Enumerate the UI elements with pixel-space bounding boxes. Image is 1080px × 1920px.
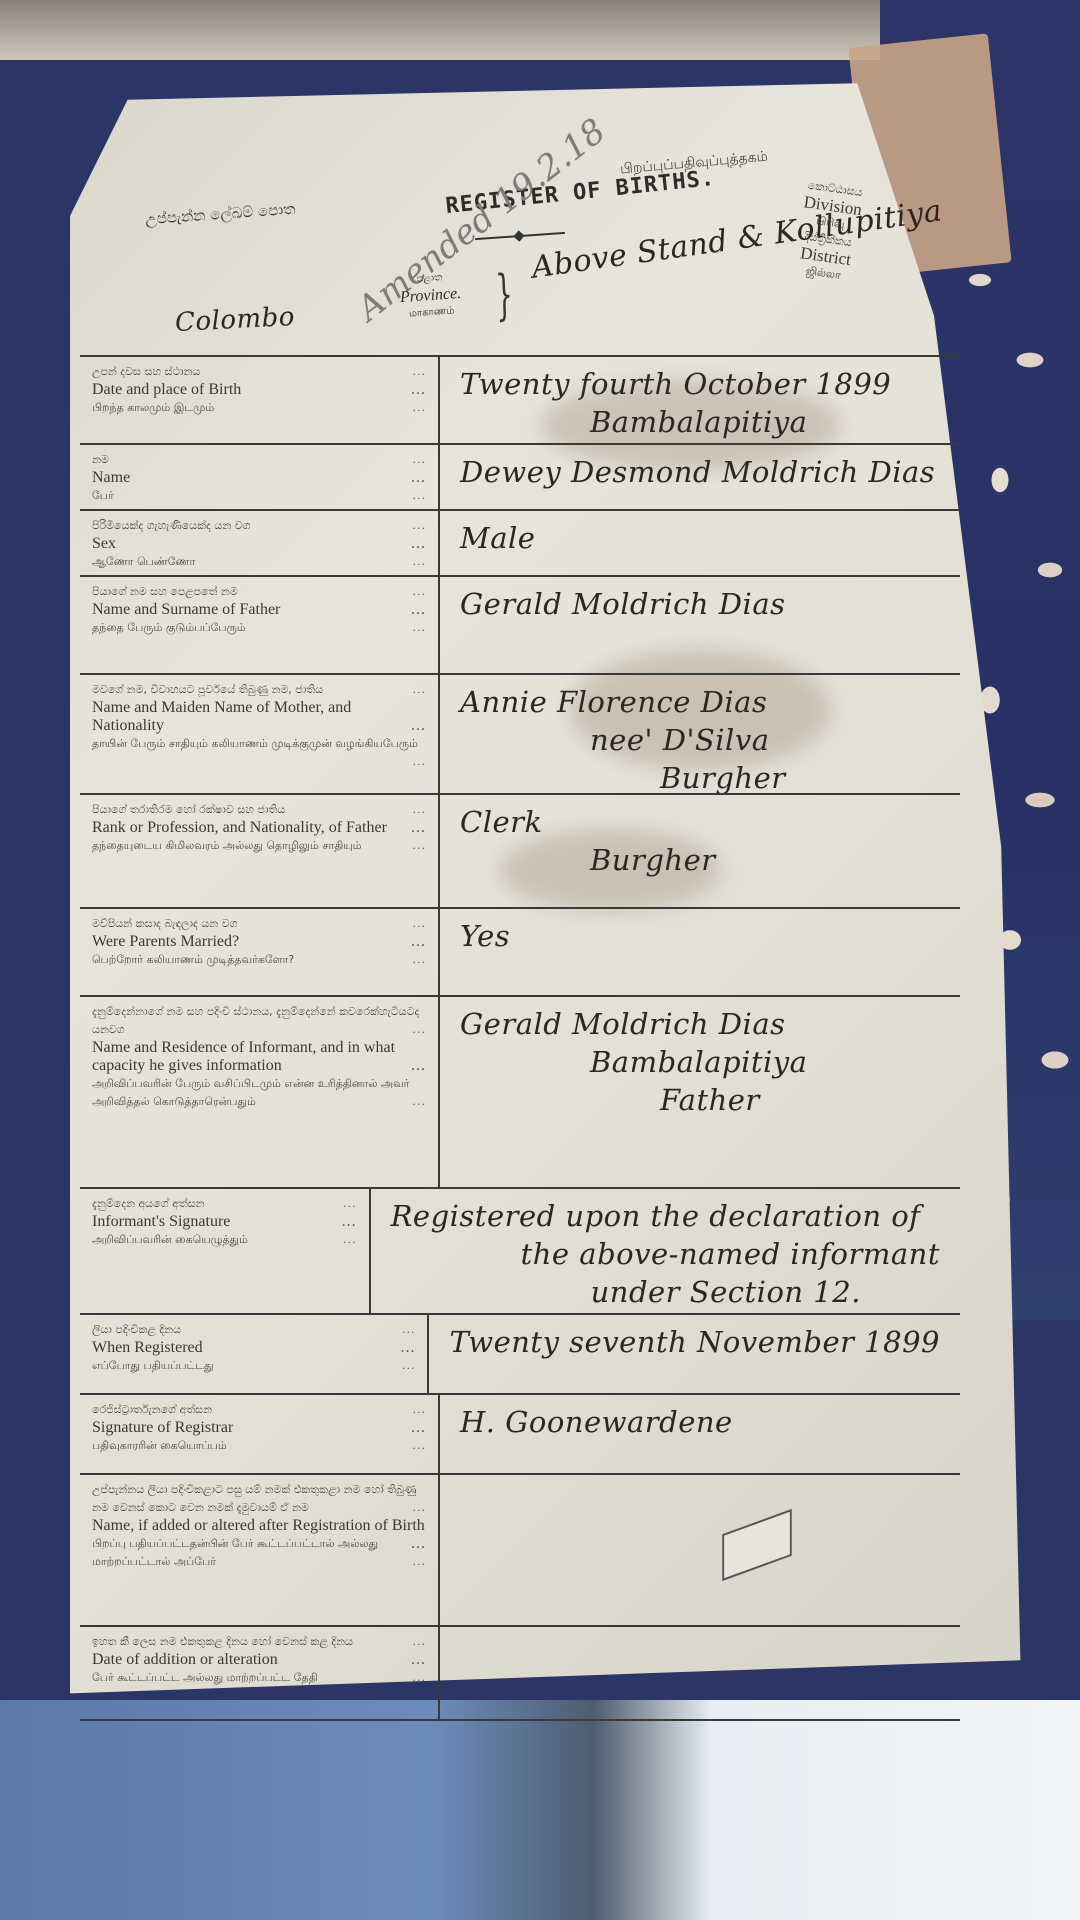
field-label-en: Signature of Registrar...: [92, 1419, 426, 1437]
field-label: පිරිමියෙක්ද ගැහැණියෙක්ද යන වග...Sex...ஆண…: [80, 511, 440, 575]
register-row: උපන් දවස සහ ස්ථානය...Date and place of B…: [80, 355, 960, 443]
register-row: ඉහත කී ලෙස නම එකතුකළ දිනය හෝ වෙනස් කළ දි…: [80, 1625, 960, 1721]
province-value: Above Stand & Kollupitiya: [529, 191, 944, 288]
field-label-en: Date of addition or alteration...: [92, 1651, 426, 1669]
register-row: මවගේ නම, විවාහයට පූර්වයේ තිබුණු නම, ජාති…: [80, 673, 960, 793]
field-label-ta: பிறப்பு பதியப்பட்டதன்பின் பேர் கூட்டப்பட…: [92, 1535, 426, 1571]
register-row: රෙජිස්ට්‍රාර්තැනගේ අත්සන...Signature of …: [80, 1393, 960, 1473]
field-label-ta: அறிவிப்பவரின் பேரும் வசிப்பிடமும் என்ன உ…: [92, 1075, 426, 1111]
background-fabric: [0, 1700, 1080, 1920]
field-label: දැනුම්දෙන අයගේ අත්සන...Informant's Signa…: [80, 1189, 371, 1313]
field-label-en: Sex...: [92, 535, 426, 553]
field-value: Annie Florence Diasnee' D'SilvaBurgher: [440, 675, 960, 793]
register-header: උප්පැන්න ලේඛම් පොත REGISTER OF BIRTHS. ப…: [60, 150, 990, 360]
field-label: උපන් දවස සහ ස්ථානය...Date and place of B…: [80, 357, 440, 443]
field-label-ta: பிறந்த காலமும் இடமும்...: [92, 399, 426, 417]
field-label: නම...Name...பேர்...: [80, 445, 440, 509]
field-label-si: පියාගේ තරාතිරම හෝ රක්ෂාව සහ ජාතිය...: [92, 801, 426, 819]
register-row: දැනුම්දෙන්නාගේ නම සහ පදිංචි ස්ථානය, දැනු…: [80, 995, 960, 1187]
field-label: ලියා පදිංචිකළ දිනය...When Registered...எ…: [80, 1315, 429, 1393]
birth-register-document: උප්පැන්න ලේඛම් පොත REGISTER OF BIRTHS. ப…: [60, 150, 990, 1710]
field-label-ta: பேர்...: [92, 487, 426, 505]
register-row: ලියා පදිංචිකළ දිනය...When Registered...எ…: [80, 1313, 960, 1393]
field-label: දැනුම්දෙන්නාගේ නම සහ පදිංචි ස්ථානය, දැනු…: [80, 997, 440, 1187]
field-value: Registered upon the declaration ofthe ab…: [371, 1189, 960, 1313]
field-label-ta: ஆணோ பெண்ணோ...: [92, 553, 426, 571]
register-row: දැනුම්දෙන අයගේ අත්සන...Informant's Signa…: [80, 1187, 960, 1313]
register-row: උප්පැන්නය ලියා පදිංචිකළාට පසු යම් නමක් එ…: [80, 1473, 960, 1625]
field-label-ta: அறிவிப்பவரின் கையெழுத்தும்...: [92, 1231, 357, 1249]
field-label-si: දැනුම්දෙන අයගේ අත්සන...: [92, 1195, 357, 1213]
register-row: නම...Name...பேர்...Dewey Desmond Moldric…: [80, 443, 960, 509]
field-label-en: Name, if added or altered after Registra…: [92, 1517, 426, 1535]
field-label-ta: தாயின் பேரும் சாதியும் கலியாணம் முடிக்கு…: [92, 735, 426, 753]
field-value: Male: [440, 511, 960, 575]
field-value: [440, 1627, 960, 1719]
background-top-paper: [0, 0, 880, 60]
field-label: මවගේ නම, විවාහයට පූර්වයේ තිබුණු නම, ජාති…: [80, 675, 440, 793]
register-row: පිරිමියෙක්ද ගැහැණියෙක්ද යන වග...Sex...ஆண…: [80, 509, 960, 575]
field-label-ta: பெற்றோர் கலியாணம் முடித்தவர்களோ?...: [92, 951, 426, 969]
field-label: රෙජිස්ට්‍රාර්තැනගේ අත්සන...Signature of …: [80, 1395, 440, 1473]
field-value: Gerald Moldrich DiasBambalapitiyaFather: [440, 997, 960, 1187]
field-label: ඉහත කී ලෙස නම එකතුකළ දිනය හෝ වෙනස් කළ දි…: [80, 1627, 440, 1719]
register-row: පියාගේ තරාතිරම හෝ රක්ෂාව සහ ජාතිය...Rank…: [80, 793, 960, 907]
field-value: Yes: [440, 909, 960, 995]
field-label-si: ලියා පදිංචිකළ දිනය...: [92, 1321, 415, 1339]
field-label-en: Were Parents Married?...: [92, 933, 426, 951]
register-row: පියාගේ නම සහ පෙළපතේ නම...Name and Surnam…: [80, 575, 960, 673]
field-value: Twenty seventh November 1899: [429, 1315, 960, 1393]
register-table: උපන් දවස සහ ස්ථානය...Date and place of B…: [80, 355, 960, 1721]
field-label-en: Rank or Profession, and Nationality, of …: [92, 819, 426, 837]
field-label-en: Name and Surname of Father...: [92, 601, 426, 619]
field-value: H. Goonewardene: [440, 1395, 960, 1473]
field-label-en: When Registered...: [92, 1339, 415, 1357]
field-value: Dewey Desmond Moldrich Dias: [440, 445, 960, 509]
field-value: ClerkBurgher: [440, 795, 960, 907]
field-label: පියාගේ තරාතිරම හෝ රක්ෂාව සහ ජාතිය...Rank…: [80, 795, 440, 907]
field-label-si: දැනුම්දෙන්නාගේ නම සහ පදිංචි ස්ථානය, දැනු…: [92, 1003, 426, 1039]
field-value: Twenty fourth October 1899Bambalapitiya: [440, 357, 960, 443]
register-row: මව්පියන් කසාද බැඳලාද යන වග...Were Parent…: [80, 907, 960, 995]
field-label-ta: தந்தையுடைய கிமிலவரம் அல்லது தொழிலும் சாத…: [92, 837, 426, 855]
district-labels: කොට්ඨාසය Division பிரிவு දිස්ත්‍රික්කය D…: [793, 176, 865, 285]
brace-glyph: }: [495, 267, 514, 323]
field-label-en: Name...: [92, 469, 426, 487]
field-label-si: රෙජිස්ට්‍රාර්තැනගේ අත්සන...: [92, 1401, 426, 1419]
field-label: මව්පියන් කසාද බැඳලාද යන වග...Were Parent…: [80, 909, 440, 995]
title-sinhala: උප්පැන්න ලේඛම් පොත: [145, 200, 296, 228]
field-label-si: උපන් දවස සහ ස්ථානය...: [92, 363, 426, 381]
field-label-si: නම...: [92, 451, 426, 469]
field-label-si: මව්පියන් කසාද බැඳලාද යන වග...: [92, 915, 426, 933]
wax-seal-fragment: [722, 1509, 792, 1581]
field-label-si: පියාගේ නම සහ පෙළපතේ නම...: [92, 583, 426, 601]
field-label-si: උප්පැන්නය ලියා පදිංචිකළාට පසු යම් නමක් එ…: [92, 1481, 426, 1517]
field-label-en: Informant's Signature...: [92, 1213, 357, 1231]
field-label-en: Name and Residence of Informant, and in …: [92, 1039, 426, 1075]
field-label-si: පිරිමියෙක්ද ගැහැණියෙක්ද යන වග...: [92, 517, 426, 535]
field-label-en: Date and place of Birth...: [92, 381, 426, 399]
field-label-ta: பேர் கூட்டப்பட்ட அல்லது மாற்றப்பட்ட தேதி…: [92, 1669, 426, 1687]
field-label-ta: தந்தை பேரும் குடும்பப்பேரும்...: [92, 619, 426, 637]
field-label-ta: பதிவுகாரரின் கையொப்பம்...: [92, 1437, 426, 1455]
field-label: පියාගේ නම සහ පෙළපතේ නම...Name and Surnam…: [80, 577, 440, 673]
field-label-si: මවගේ නම, විවාහයට පූර්වයේ තිබුණු නම, ජාති…: [92, 681, 426, 699]
field-label: උප්පැන්නය ලියා පදිංචිකළාට පසු යම් නමක් එ…: [80, 1475, 440, 1625]
field-value: Gerald Moldrich Dias: [440, 577, 960, 673]
field-label-ta: எப்போது பதியப்பட்டது...: [92, 1357, 415, 1375]
cover-label-handwritten: Colombo: [174, 302, 295, 338]
field-label-si: ඉහත කී ලෙස නම එකතුකළ දිනය හෝ වෙනස් කළ දි…: [92, 1633, 426, 1651]
field-label-en: Name and Maiden Name of Mother, and Nati…: [92, 699, 426, 735]
province-label: පළාත Province. மாகாணம்: [398, 268, 463, 323]
field-value: [440, 1475, 960, 1625]
